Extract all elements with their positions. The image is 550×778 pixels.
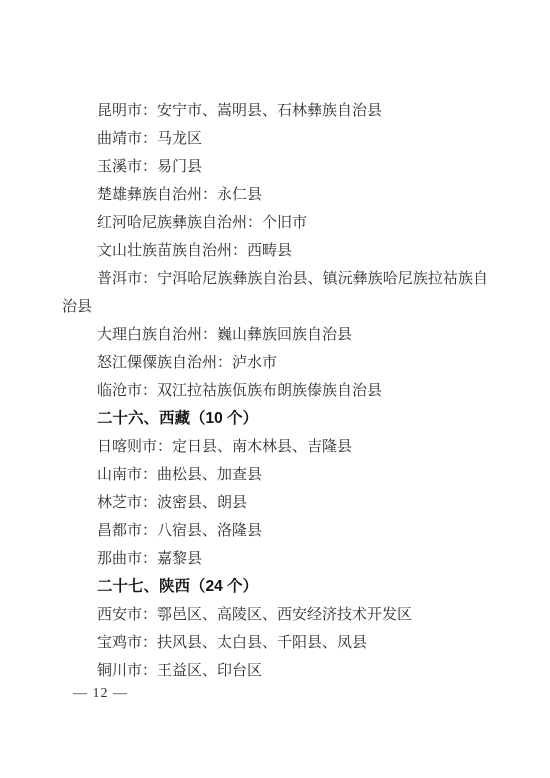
paragraph: 普洱市：宁洱哈尼族彝族自治县、镇沅彝族哈尼族拉祜族自治县	[62, 265, 488, 321]
paragraph: 曲靖市：马龙区	[62, 125, 488, 153]
section-heading: 二十六、西藏（10 个）	[62, 405, 488, 433]
paragraph: 西安市：鄠邑区、高陵区、西安经济技术开发区	[62, 601, 488, 629]
page-number: — 12 —	[73, 686, 128, 702]
paragraph: 昆明市：安宁市、嵩明县、石林彝族自治县	[62, 97, 488, 125]
document-body: 昆明市：安宁市、嵩明县、石林彝族自治县曲靖市：马龙区玉溪市：易门县楚雄彝族自治州…	[62, 97, 488, 685]
paragraph: 临沧市：双江拉祜族佤族布朗族傣族自治县	[62, 377, 488, 405]
paragraph: 昌都市：八宿县、洛隆县	[62, 517, 488, 545]
paragraph: 大理白族自治州：巍山彝族回族自治县	[62, 321, 488, 349]
paragraph: 那曲市：嘉黎县	[62, 545, 488, 573]
paragraph: 玉溪市：易门县	[62, 153, 488, 181]
paragraph: 山南市：曲松县、加查县	[62, 461, 488, 489]
paragraph: 铜川市：王益区、印台区	[62, 657, 488, 685]
section-heading: 二十七、陕西（24 个）	[62, 573, 488, 601]
document-page: 昆明市：安宁市、嵩明县、石林彝族自治县曲靖市：马龙区玉溪市：易门县楚雄彝族自治州…	[0, 0, 550, 778]
paragraph: 红河哈尼族彝族自治州：个旧市	[62, 209, 488, 237]
paragraph: 宝鸡市：扶风县、太白县、千阳县、凤县	[62, 629, 488, 657]
paragraph: 文山壮族苗族自治州：西畴县	[62, 237, 488, 265]
paragraph: 楚雄彝族自治州：永仁县	[62, 181, 488, 209]
paragraph: 日喀则市：定日县、南木林县、吉隆县	[62, 433, 488, 461]
paragraph: 林芝市：波密县、朗县	[62, 489, 488, 517]
paragraph: 怒江傈僳族自治州：泸水市	[62, 349, 488, 377]
